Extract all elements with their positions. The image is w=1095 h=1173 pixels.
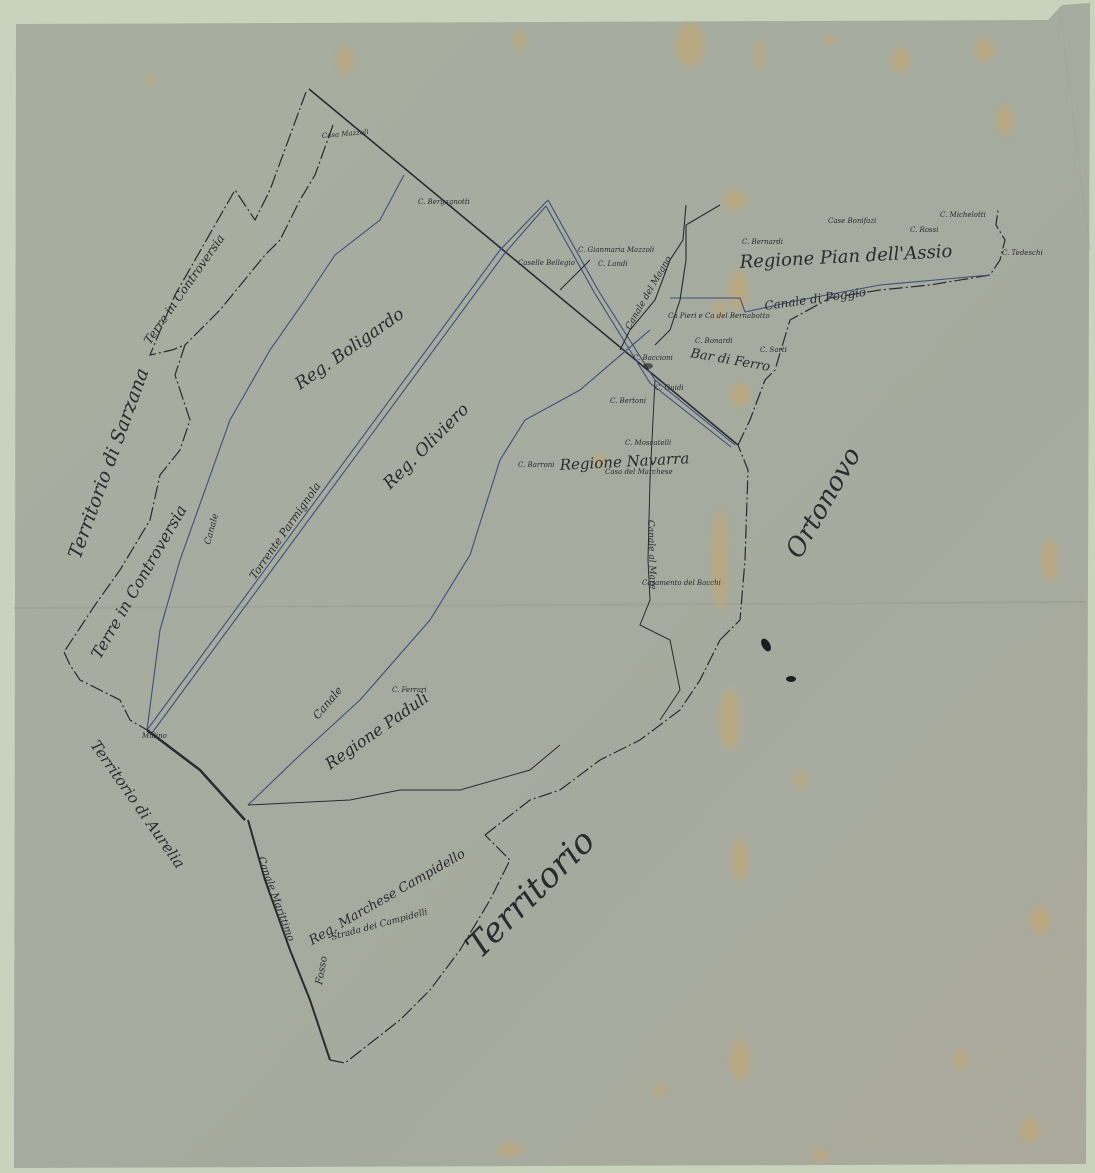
place-gian-mazzoli: C. Gianmaria Mazzoli — [578, 246, 654, 254]
place-moscatelli: C. Moscatelli — [625, 439, 671, 447]
place-ferrari: C. Ferrari — [392, 686, 427, 694]
place-caselle: Caselle Bellegio — [518, 259, 575, 267]
paper-sheet — [14, 3, 1090, 1168]
place-bacchi: Casamento del Bacchi — [642, 579, 721, 587]
place-baccioni: C. Baccioni — [633, 354, 673, 362]
place-bernardi: C. Bernardi — [742, 238, 783, 246]
place-michelotti: C. Michelotti — [940, 211, 986, 219]
place-bonifazi: Case Bonifazi — [828, 217, 876, 225]
historical-map-sheet: Territorio di Sarzana Ortonovo Territori… — [0, 0, 1095, 1173]
place-mulino: Mulino — [141, 732, 167, 740]
place-bertoni: C. Bertoni — [610, 397, 646, 405]
place-pieri: Ca Pieri e Ca del Bernabotto — [668, 312, 770, 320]
place-bergagnotti: C. Bergagnotti — [418, 198, 470, 206]
place-barroni: C. Barroni — [518, 461, 555, 469]
place-marchese: Casa del Marchese — [605, 468, 673, 476]
place-sarti: C. Sarti — [760, 346, 787, 354]
place-landi: C. Landi — [598, 260, 628, 268]
place-guidi: C. Guidi — [655, 384, 684, 392]
place-tedeschi: C. Tedeschi — [1002, 249, 1043, 257]
place-rossi: C. Rossi — [910, 226, 938, 234]
place-bonardi: C. Bonardi — [695, 337, 733, 345]
